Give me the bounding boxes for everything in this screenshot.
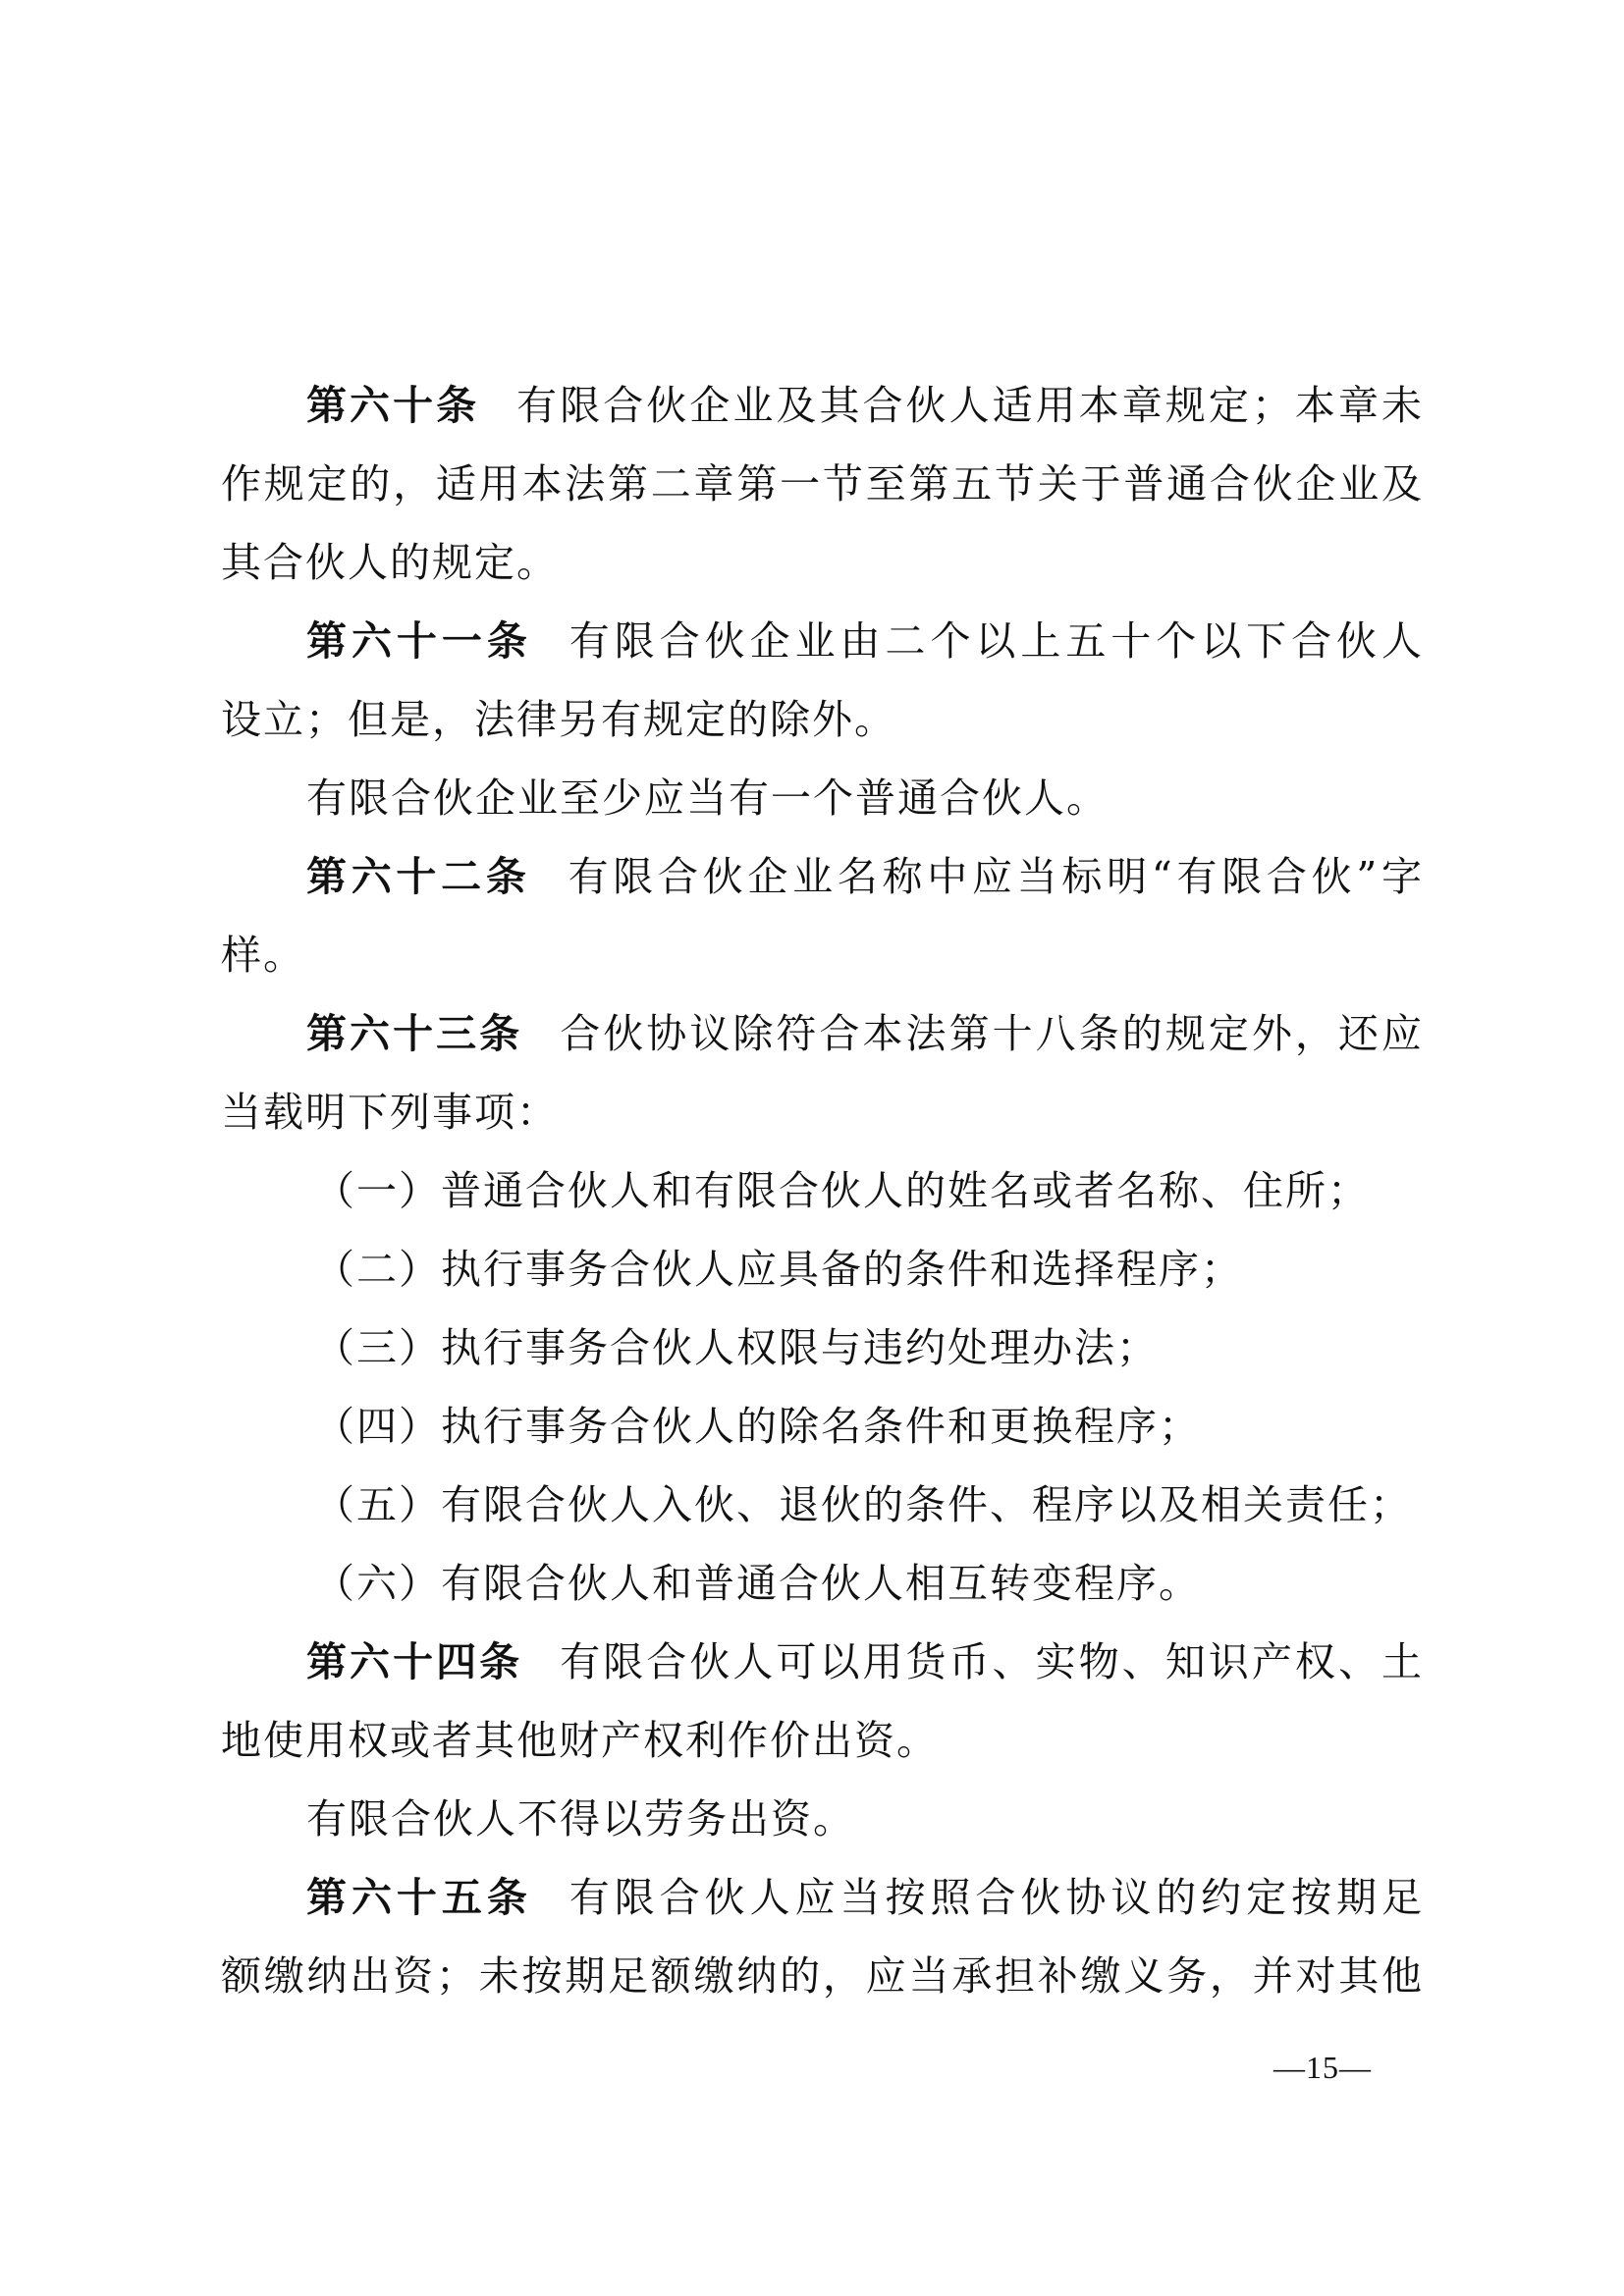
article-61-line-1: 第六十一条有限合伙企业由二个以上五十个以下合伙人	[306, 612, 1424, 670]
article-62-line-2: 样。	[221, 926, 1424, 985]
article-64-paragraph-2: 有限合伙人不得以劳务出资。	[306, 1789, 1424, 1848]
article-60-line-3: 其合伙人的规定。	[221, 533, 1424, 592]
article-text: 有限合伙企业由二个以上五十个以下合伙人	[569, 617, 1424, 665]
document-page: 第六十条有限合伙企业及其合伙人适用本章规定；本章未 作规定的，适用本法第二章第一…	[0, 0, 1624, 2296]
article-63-line-1: 第六十三条合伙协议除符合本法第十八条的规定外，还应	[306, 1004, 1424, 1063]
article-65-line-2: 额缴纳出资；未按期足额缴纳的，应当承担补缴义务，并对其他	[221, 1947, 1424, 2005]
article-65-line-1: 第六十五条有限合伙人应当按照合伙协议的约定按期足	[306, 1868, 1424, 1927]
list-item-5: （五）有限合伙人入伙、退伙的条件、程序以及相关责任；	[314, 1475, 1517, 1534]
list-item-2: （二）执行事务合伙人应具备的条件和选择程序；	[314, 1240, 1517, 1299]
article-heading: 第六十五条	[306, 1874, 532, 1921]
article-62-line-1: 第六十二条有限合伙企业名称中应当标明“有限合伙”字	[306, 847, 1424, 906]
article-64-line-2: 地使用权或者其他财产权利作价出资。	[221, 1711, 1424, 1770]
article-61-paragraph-2: 有限合伙企业至少应当有一个普通合伙人。	[306, 769, 1424, 828]
list-item-6: （六）有限合伙人和普通合伙人相互转变程序。	[314, 1554, 1517, 1613]
page-number: —15—	[1273, 2050, 1372, 2086]
article-61-line-2: 设立；但是，法律另有规定的除外。	[221, 690, 1424, 749]
article-text: 合伙协议除符合本法第十八条的规定外，还应	[560, 1010, 1424, 1057]
article-heading: 第六十二条	[306, 853, 531, 900]
article-text: 有限合伙人可以用货币、实物、知识产权、土	[560, 1638, 1424, 1685]
article-heading: 第六十一条	[306, 617, 532, 665]
article-heading: 第六十条	[306, 382, 479, 429]
list-item-1: （一）普通合伙人和有限合伙人的姓名或者名称、住所；	[314, 1161, 1517, 1220]
article-text: 有限合伙企业及其合伙人适用本章规定；本章未	[516, 382, 1424, 429]
article-60-line-1: 第六十条有限合伙企业及其合伙人适用本章规定；本章未	[306, 376, 1424, 435]
article-heading: 第六十四条	[306, 1638, 522, 1685]
list-item-4: （四）执行事务合伙人的除名条件和更换程序；	[314, 1397, 1517, 1456]
article-64-line-1: 第六十四条有限合伙人可以用货币、实物、知识产权、土	[306, 1632, 1424, 1691]
article-60-line-2: 作规定的，适用本法第二章第一节至第五节关于普通合伙企业及	[221, 454, 1424, 513]
article-heading: 第六十三条	[306, 1010, 522, 1057]
list-item-3: （三）执行事务合伙人权限与违约处理办法；	[314, 1318, 1517, 1377]
article-63-line-2: 当载明下列事项：	[221, 1083, 1424, 1142]
article-text: 有限合伙人应当按照合伙协议的约定按期足	[569, 1874, 1424, 1921]
article-text: 有限合伙企业名称中应当标明“有限合伙”字	[568, 853, 1424, 900]
